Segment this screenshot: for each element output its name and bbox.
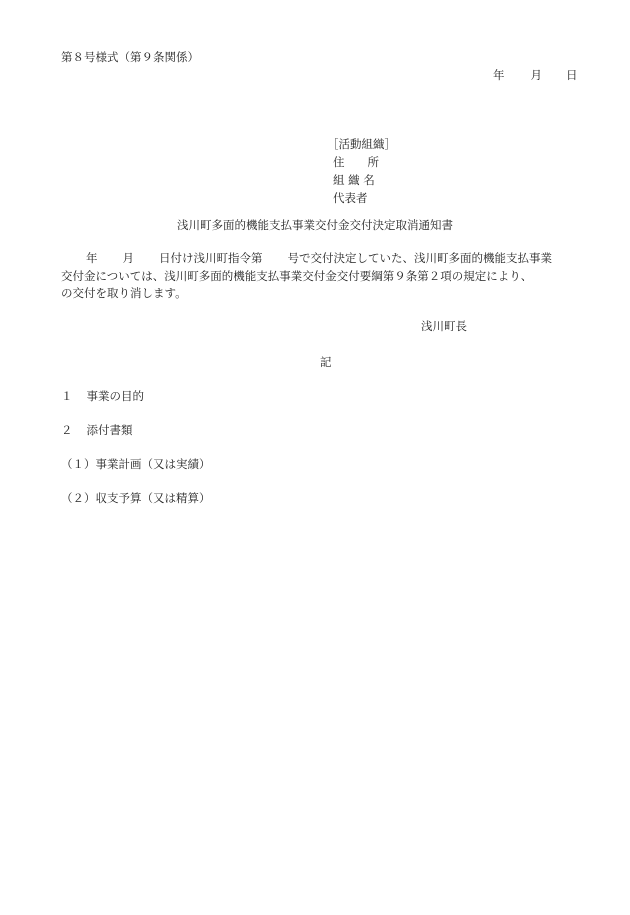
body-line-3: の交付を取り消します。 <box>61 285 601 303</box>
body-day-text: 日付け浅川町指令第 <box>159 251 263 265</box>
item-label: 添付書類 <box>87 423 133 437</box>
sub-item-label: 収支予算（又は精算） <box>96 491 211 505</box>
date-month: 月 <box>531 68 543 83</box>
date-year: 年 <box>493 68 505 83</box>
body-year: 年 <box>86 251 98 265</box>
address-label: 住 所 <box>327 153 396 171</box>
sub-item-budget: （２）収支予算（又は精算） <box>61 491 211 506</box>
form-number: 第８号様式（第９条関係） <box>61 50 199 65</box>
body-paragraph: 年月日付け浅川町指令第号で交付決定していた、浅川町多面的機能支払事業 交付金につ… <box>61 250 601 303</box>
item-number: ２ <box>61 423 73 437</box>
item-attachments: ２添付書類 <box>61 423 133 438</box>
body-line-2: 交付金については、浅川町多面的機能支払事業交付金交付要綱第９条第２項の規定により… <box>61 268 601 286</box>
sub-item-label: 事業計画（又は実績） <box>96 457 211 471</box>
sub-item-number: （２） <box>61 491 96 505</box>
document-title: 浅川町多面的機能支払事業交付金交付決定取消通知書 <box>177 218 453 233</box>
date-day: 日 <box>566 68 578 83</box>
issuer-name: 浅川町長 <box>421 319 467 334</box>
recipient-heading: ［活動組織］ <box>327 135 396 153</box>
body-line-1-rest: 号で交付決定していた、浅川町多面的機能支払事業 <box>288 251 553 265</box>
ki-heading: 記 <box>320 355 332 370</box>
date-line: 年月日 <box>493 68 578 83</box>
recipient-block: ［活動組織］ 住 所 組 織 名 代表者 <box>327 135 396 207</box>
org-name-label: 組 織 名 <box>327 171 396 189</box>
item-purpose: １事業の目的 <box>61 389 144 404</box>
body-month: 月 <box>123 251 135 265</box>
representative-label: 代表者 <box>327 189 396 207</box>
sub-item-plan: （１）事業計画（又は実績） <box>61 457 211 472</box>
item-number: １ <box>61 389 73 403</box>
sub-item-number: （１） <box>61 457 96 471</box>
body-line-1: 年月日付け浅川町指令第号で交付決定していた、浅川町多面的機能支払事業 <box>61 250 601 268</box>
item-label: 事業の目的 <box>87 389 145 403</box>
